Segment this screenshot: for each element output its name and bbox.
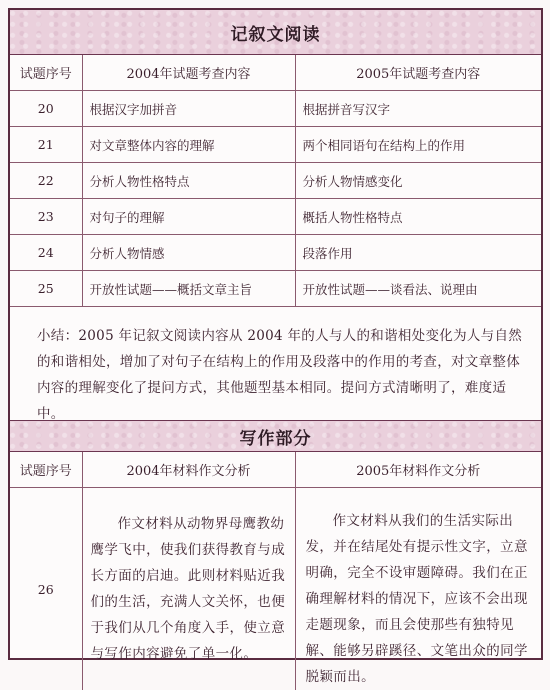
content-2004: 对文章整体内容的理解 (82, 127, 295, 163)
narrative-reading-table: 试题序号 2004年试题考查内容 2005年试题考查内容 20 根据汉字加拼音 … (10, 55, 541, 307)
question-number: 24 (10, 235, 82, 271)
table-header-row: 试题序号 2004年试题考查内容 2005年试题考查内容 (10, 55, 541, 91)
question-number: 20 (10, 91, 82, 127)
content-2005: 根据拼音写汉字 (295, 91, 541, 127)
content-2004: 分析人物性格特点 (82, 163, 295, 199)
header-2004-content: 2004年试题考查内容 (82, 55, 295, 91)
comparison-document: 记叙文阅读 试题序号 2004年试题考查内容 2005年试题考查内容 20 根据… (8, 8, 543, 660)
header-question-number: 试题序号 (10, 55, 82, 91)
question-number: 25 (10, 271, 82, 307)
question-number: 26 (10, 488, 82, 667)
table-row: 20 根据汉字加拼音 根据拼音写汉字 (10, 91, 541, 127)
content-2004: 对句子的理解 (82, 199, 295, 235)
table-header-row: 试题序号 2004年材料作文分析 2005年材料作文分析 (10, 452, 541, 488)
writing-table: 试题序号 2004年材料作文分析 2005年材料作文分析 26 作文材料从动物界… (10, 452, 541, 666)
content-2005: 两个相同语句在结构上的作用 (295, 127, 541, 163)
table-row: 22 分析人物性格特点 分析人物情感变化 (10, 163, 541, 199)
content-2005: 开放性试题——谈看法、说理由 (295, 271, 541, 307)
table-row: 23 对句子的理解 概括人物性格特点 (10, 199, 541, 235)
summary-paragraph: 小结：2005 年记叙文阅读内容从 2004 年的人与人的和谐相处变化为人与自然… (10, 307, 541, 421)
table-row: 25 开放性试题——概括文章主旨 开放性试题——谈看法、说理由 (10, 271, 541, 307)
content-2004: 分析人物情感 (82, 235, 295, 271)
header-question-number: 试题序号 (10, 452, 82, 488)
table-row: 26 作文材料从动物界母鹰教幼鹰学飞中，使我们获得教育与成长方面的启迪。此则材料… (10, 488, 541, 667)
section-title-narrative-reading: 记叙文阅读 (10, 10, 541, 55)
table-row: 24 分析人物情感 段落作用 (10, 235, 541, 271)
content-2005: 段落作用 (295, 235, 541, 271)
content-2005: 分析人物情感变化 (295, 163, 541, 199)
header-2005-content: 2005年试题考查内容 (295, 55, 541, 91)
question-number: 22 (10, 163, 82, 199)
content-2004: 开放性试题——概括文章主旨 (82, 271, 295, 307)
content-2005: 概括人物性格特点 (295, 199, 541, 235)
header-2004-analysis: 2004年材料作文分析 (82, 452, 295, 488)
section-title-writing: 写作部分 (10, 421, 541, 452)
question-number: 21 (10, 127, 82, 163)
analysis-2005: 作文材料从我们的生活实际出发，并在结尾处有提示性文字，立意明确，完全不设审题障碍… (306, 508, 532, 666)
analysis-2004: 作文材料从动物界母鹰教幼鹰学飞中，使我们获得教育与成长方面的启迪。此则材料贴近我… (91, 511, 287, 666)
header-2005-analysis: 2005年材料作文分析 (295, 452, 541, 488)
table-row: 21 对文章整体内容的理解 两个相同语句在结构上的作用 (10, 127, 541, 163)
question-number: 23 (10, 199, 82, 235)
content-2004: 根据汉字加拼音 (82, 91, 295, 127)
